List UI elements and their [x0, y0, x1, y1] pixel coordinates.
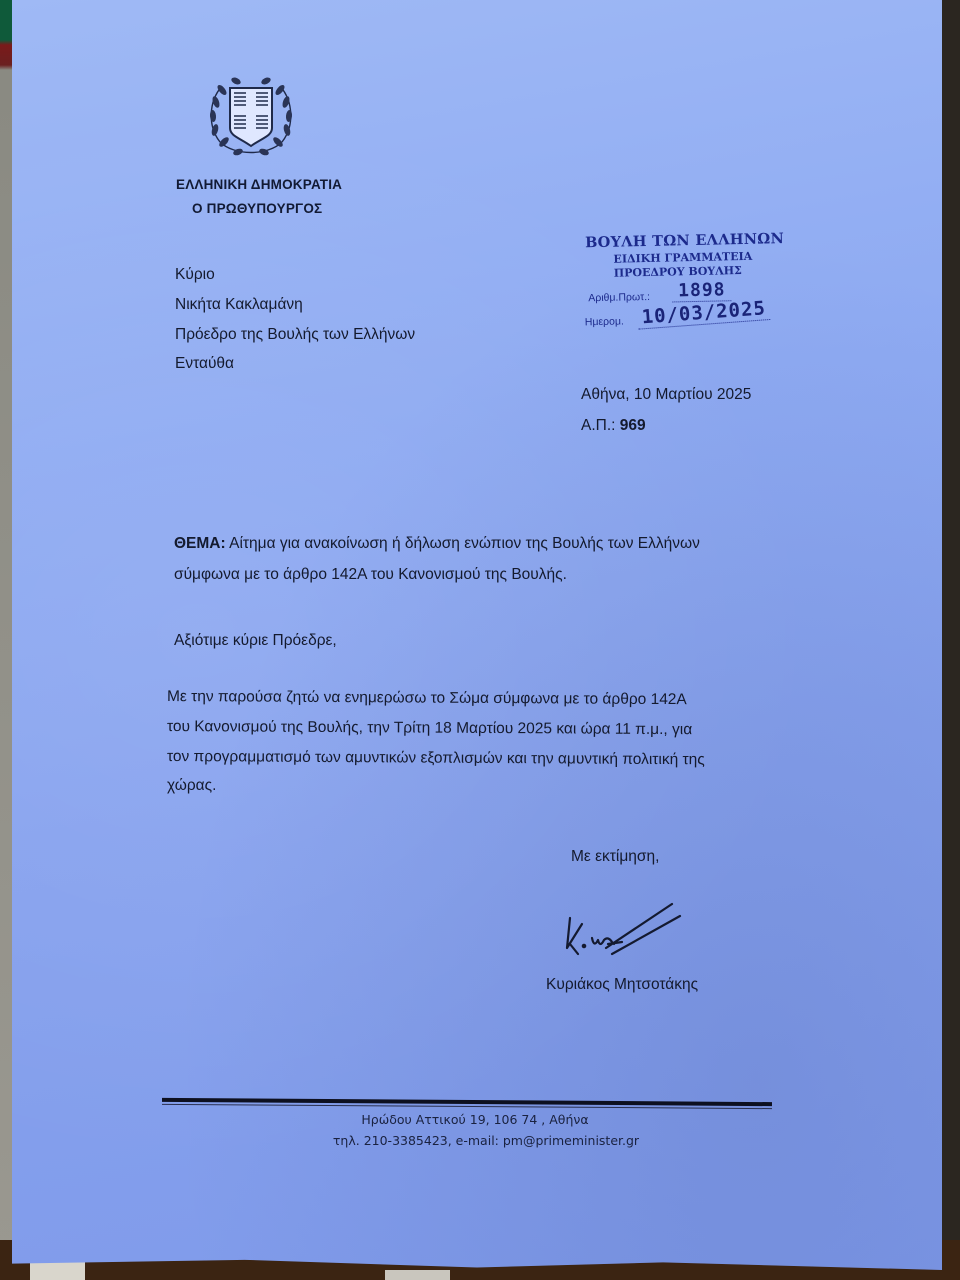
stamp-protocol-label: Αριθμ.Πρωτ.: [588, 291, 650, 304]
signatory-name: Κυριάκος Μητσοτάκης [546, 976, 698, 994]
stamp-line-3: ΠΡΟΕΔΡΟΥ ΒΟΥΛΗΣ [614, 264, 742, 280]
body-line: του Κανονισμού της Βουλής, την Τρίτη 18 … [167, 718, 692, 739]
recipient-name: Νικήτα Κακλαμάνη [175, 296, 303, 314]
stamp-protocol-number: 1898 [672, 279, 732, 302]
handwritten-signature-icon [562, 896, 692, 966]
footer-address: Ηρώδου Αττικού 19, 106 74 , Αθήνα [0, 1112, 955, 1127]
body-line: Με την παρούσα ζητώ να ενημερώσω το Σώμα… [167, 688, 687, 709]
background-paper-scrap [385, 1270, 450, 1280]
body-line: τον προγραμματισμό των αμυντικών εξοπλισ… [167, 748, 705, 769]
subject-text-1: Αίτημα για ανακοίνωση ή δήλωση ενώπιον τ… [229, 535, 700, 552]
recipient-title: Πρόεδρο της Βουλής των Ελλήνων [175, 326, 415, 344]
reference-value: 969 [620, 417, 646, 434]
valediction: Με εκτίμηση, [571, 848, 659, 866]
place-date: Αθήνα, 10 Μαρτίου 2025 [581, 386, 751, 404]
body-line: χώρας. [167, 777, 216, 795]
reference-label: Α.Π.: [581, 417, 615, 434]
parliament-registry-stamp: ΒΟΥΛΗ ΤΩΝ ΕΛΛΗΝΩΝ ΕΙΔΙΚΗ ΓΡΑΜΜΑΤΕΙΑ ΠΡΟΕ… [579, 226, 811, 341]
subject-label: ΘΕΜΑ: [174, 535, 226, 552]
greeting: Αξιότιμε κύριε Πρόεδρε, [174, 632, 337, 650]
letterhead-subtitle: Ο ΠΡΩΘΥΠΟΥΡΓΟΣ [192, 201, 322, 216]
letter-page [12, 0, 942, 1270]
stamp-date-label: Ημερομ. [585, 315, 624, 328]
stamp-line-1: ΒΟΥΛΗ ΤΩΝ ΕΛΛΗΝΩΝ [585, 230, 784, 251]
letterhead-title: ΕΛΛΗΝΙΚΗ ΔΗΜΟΚΡΑΤΙΑ [176, 177, 342, 192]
footer-contact: τηλ. 210-3385423, e-mail: pm@primeminist… [6, 1133, 960, 1148]
greek-coat-of-arms-icon [206, 72, 296, 160]
reference-number: Α.Π.: 969 [581, 417, 646, 435]
recipient-salutation: Κύριο [175, 266, 215, 284]
subject-line-2: σύμφωνα με το άρθρο 142Α του Κανονισμού … [174, 566, 567, 584]
subject-line-1: ΘΕΜΑ: Αίτημα για ανακοίνωση ή δήλωση ενώ… [174, 535, 700, 553]
recipient-location: Ενταύθα [175, 355, 234, 373]
stamp-date-value: 10/03/2025 [637, 297, 771, 330]
